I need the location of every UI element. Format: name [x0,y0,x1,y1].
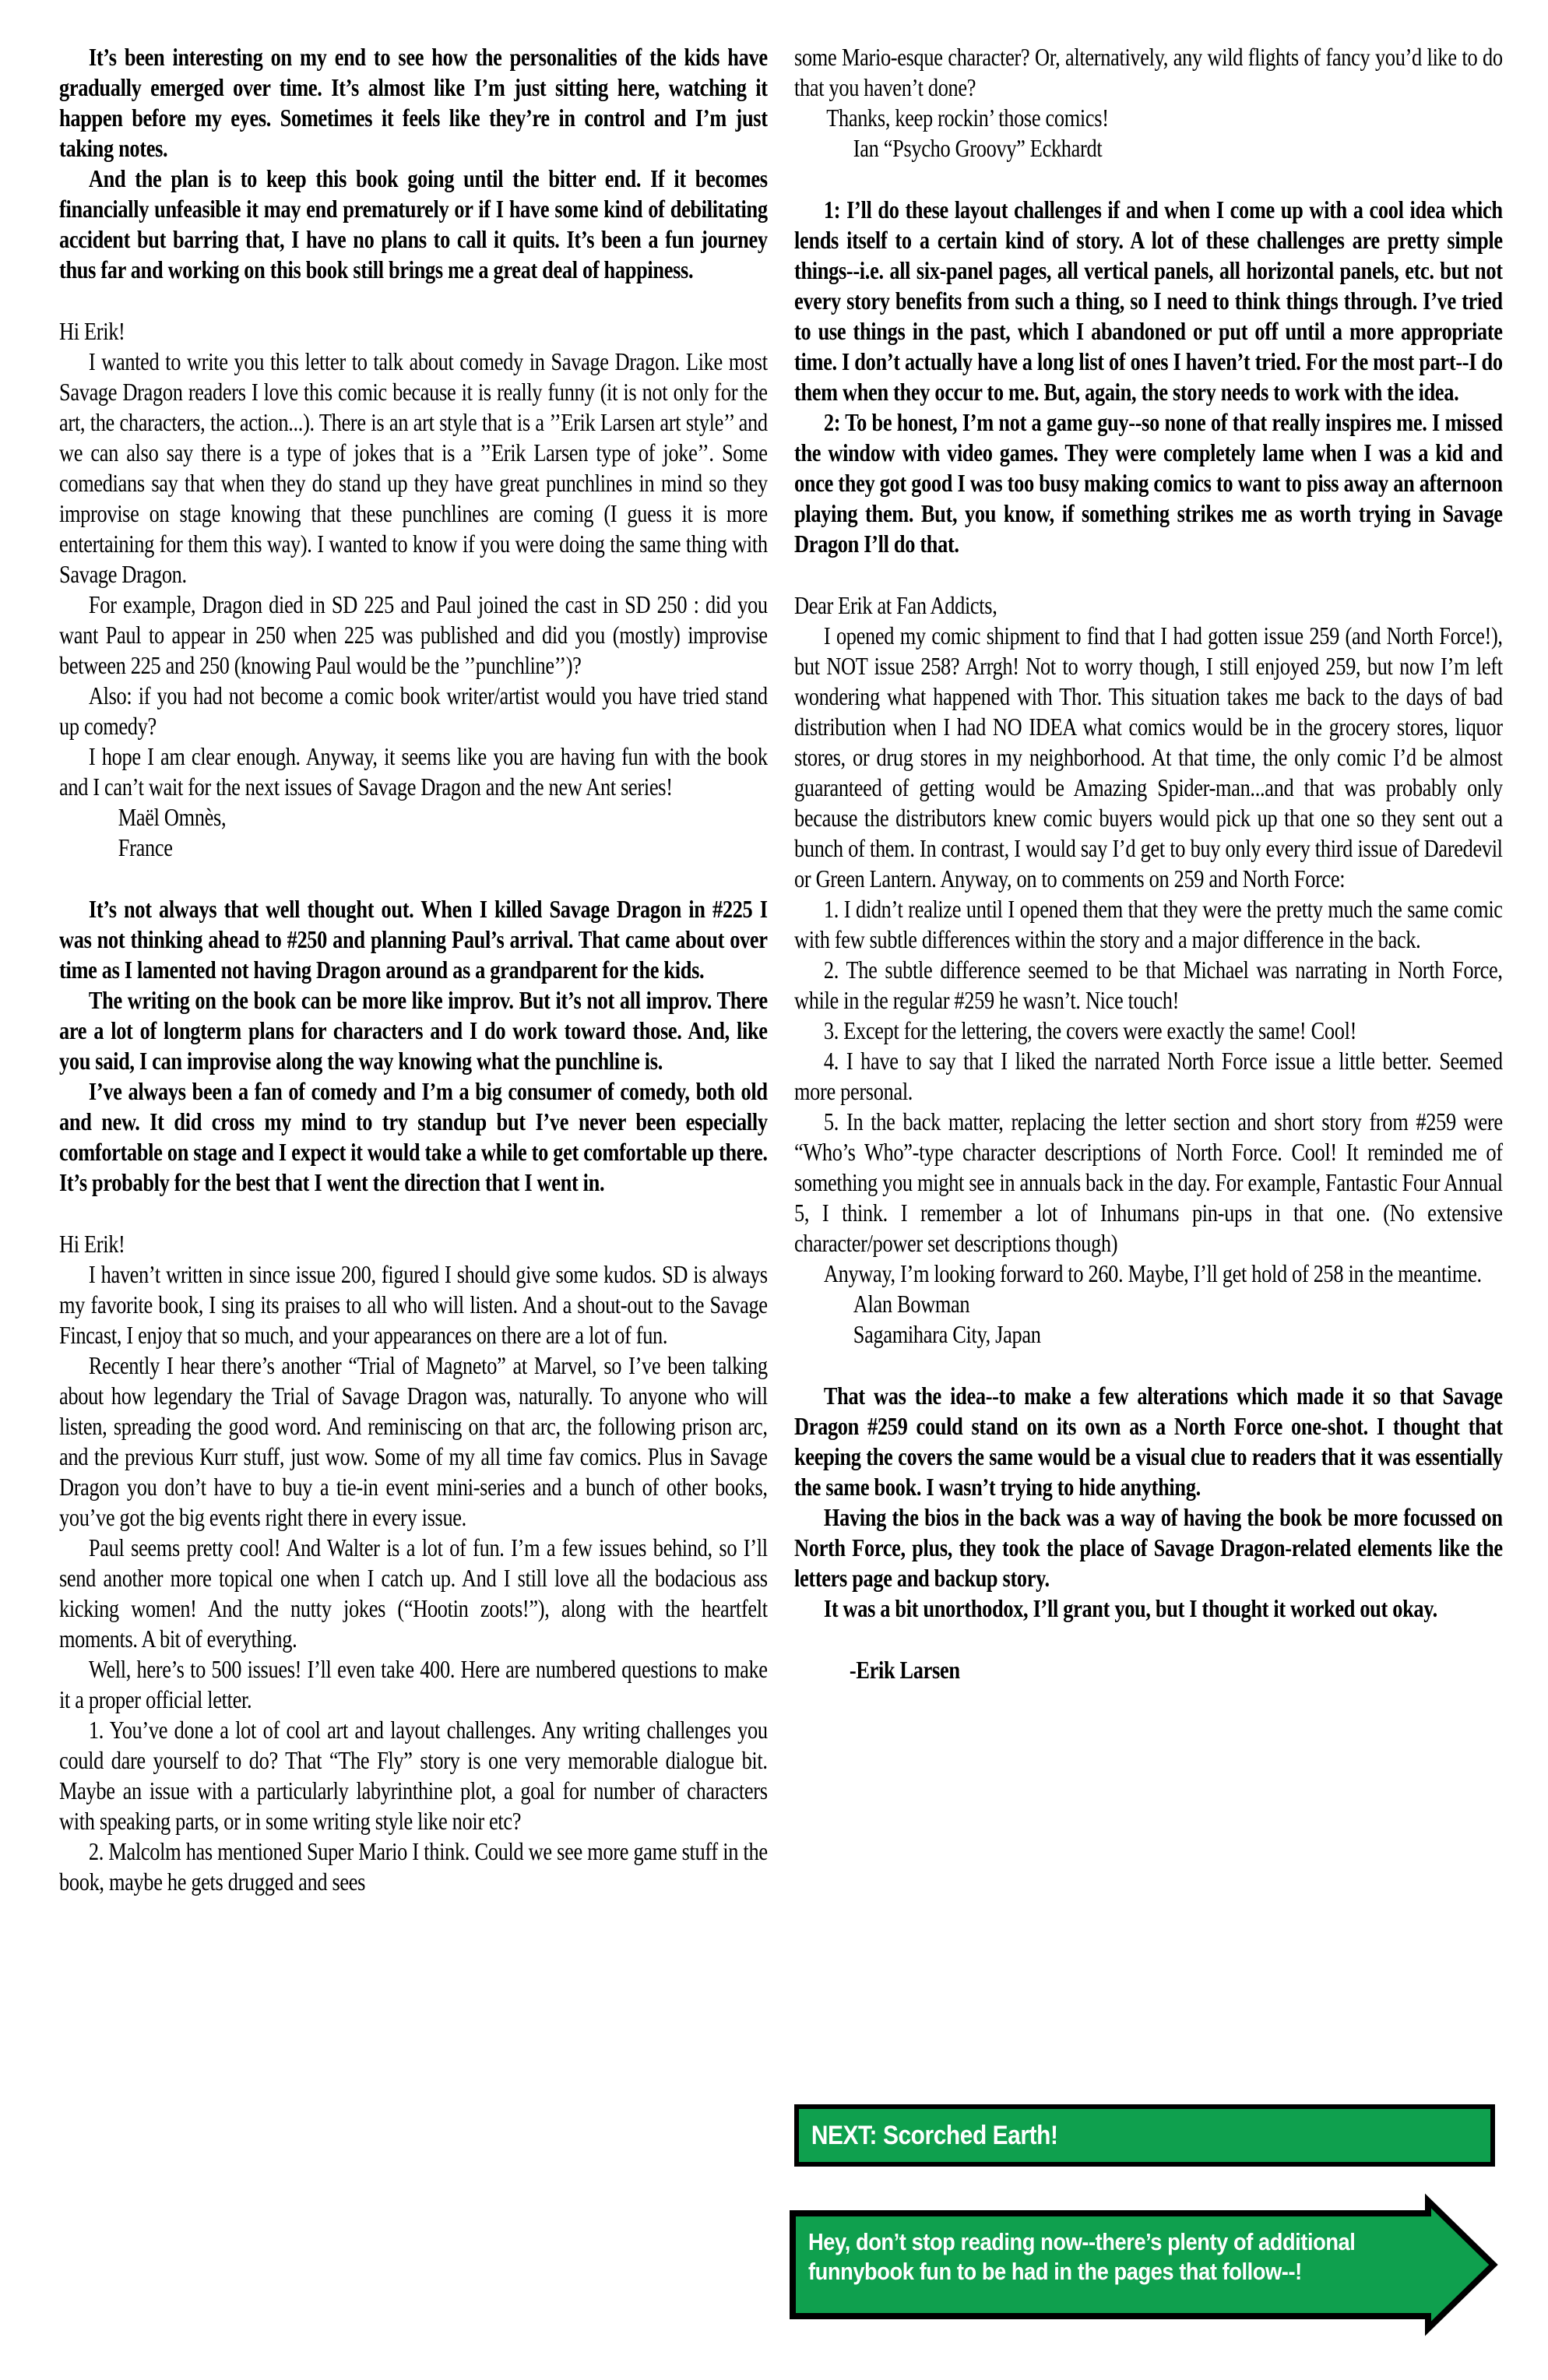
paragraph: I opened my comic shipment to find that … [794,621,1503,894]
paragraph: The writing on the book can be more like… [59,985,768,1076]
continue-arrow-text: Hey, don’t stop reading now--there’s ple… [808,2227,1355,2287]
paragraph: Recently I hear there’s another “Trial o… [59,1350,768,1533]
paragraph: Anyway, I’m looking forward to 260. Mayb… [794,1259,1503,1289]
paragraph: 2. Malcolm has mentioned Super Mario I t… [59,1836,768,1897]
paragraph: I wanted to write you this letter to tal… [59,347,768,590]
paragraph: Thanks, keep rockin’ those comics! [794,103,1503,133]
paragraph: 5. In the back matter, replacing the let… [794,1107,1503,1259]
next-banner: NEXT: Scorched Earth! [794,2104,1495,2167]
paragraph: Ian “Psycho Groovy” Eckhardt [794,133,1503,164]
paragraph: 3. Except for the lettering, the covers … [794,1016,1503,1046]
paragraph: 1. You’ve done a lot of cool art and lay… [59,1715,768,1836]
paragraph: France [59,833,768,863]
paragraph: 4. I have to say that I liked the narrat… [794,1046,1503,1107]
paragraph: Also: if you had not become a comic book… [59,681,768,741]
paragraph: Sagamihara City, Japan [794,1319,1503,1350]
paragraph: 2: To be honest, I’m not a game guy--so … [794,407,1503,559]
paragraph: It’s not always that well thought out. W… [59,894,768,985]
continue-arrow-banner: Hey, don’t stop reading now--there’s ple… [786,2193,1499,2336]
letters-column-left: It’s been interesting on my end to see h… [59,42,768,1897]
paragraph: It’s been interesting on my end to see h… [59,42,768,164]
paragraph: Dear Erik at Fan Addicts, [794,590,1503,621]
paragraph: Alan Bowman [794,1289,1503,1319]
next-banner-label: NEXT: Scorched Earth! [799,2121,1057,2151]
paragraph: Well, here’s to 500 issues! I’ll even ta… [59,1654,768,1715]
paragraph: I hope I am clear enough. Anyway, it see… [59,741,768,802]
paragraph: -Erik Larsen [794,1655,1503,1685]
paragraph: Having the bios in the back was a way of… [794,1502,1503,1593]
paragraph: Maël Omnès, [59,802,768,833]
letters-page: It’s been interesting on my end to see h… [0,0,1548,2380]
paragraph: For example, Dragon died in SD 225 and P… [59,590,768,681]
paragraph: 2. The subtle difference seemed to be th… [794,955,1503,1016]
paragraph: It was a bit unorthodox, I’ll grant you,… [794,1593,1503,1624]
paragraph: 1. I didn’t realize until I opened them … [794,894,1503,955]
paragraph: I’ve always been a fan of comedy and I’m… [59,1076,768,1198]
continue-arrow-line-1: Hey, don’t stop reading now--there’s ple… [808,2227,1355,2257]
paragraph: Hi Erik! [59,316,768,347]
paragraph: That was the idea--to make a few alterat… [794,1381,1503,1502]
letters-column-right: some Mario-esque character? Or, alternat… [794,42,1503,1685]
paragraph: Hi Erik! [59,1229,768,1259]
paragraph: I haven’t written in since issue 200, fi… [59,1259,768,1350]
paragraph: And the plan is to keep this book going … [59,164,768,285]
continue-arrow-line-2: funnybook fun to be had in the pages tha… [808,2257,1355,2287]
paragraph: 1: I’ll do these layout challenges if an… [794,195,1503,407]
paragraph: some Mario-esque character? Or, alternat… [794,42,1503,103]
paragraph: Paul seems pretty cool! And Walter is a … [59,1533,768,1654]
